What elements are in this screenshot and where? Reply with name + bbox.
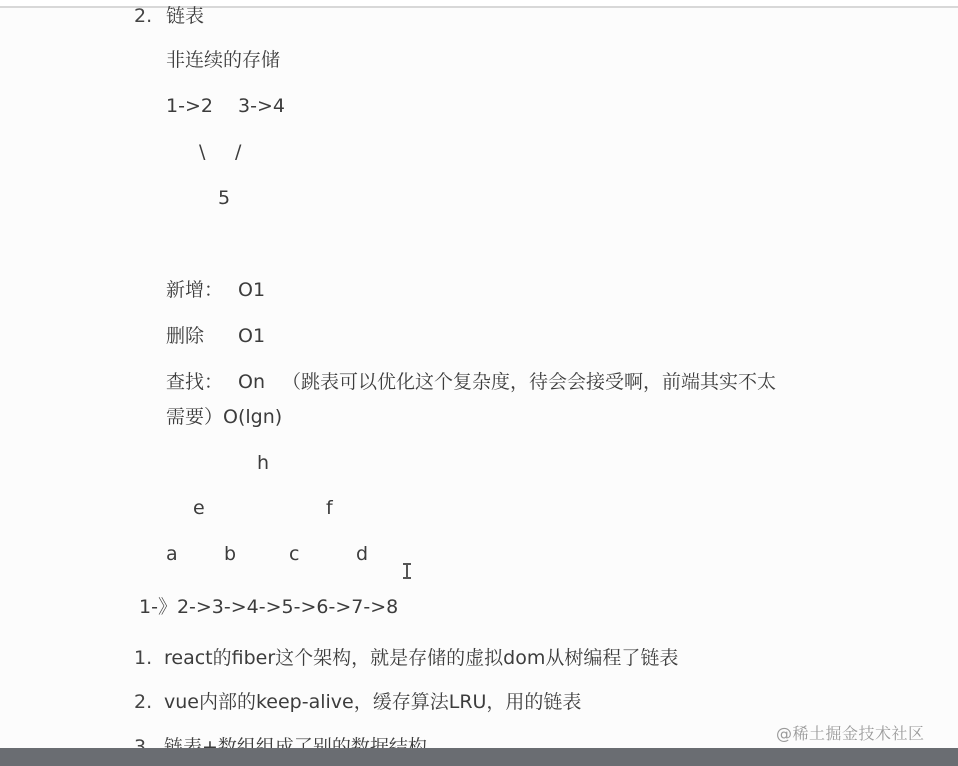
watermark: @稀土掘金技术社区 <box>776 724 925 744</box>
tree-node-d: d <box>356 542 368 566</box>
description-text: 非连续的存储 <box>166 48 280 72</box>
diagram-row1-right: 3->4 <box>238 94 285 118</box>
bottom-bar <box>0 748 958 766</box>
tree-node-f: f <box>326 496 333 520</box>
tree-node-h: h <box>257 451 269 475</box>
add-value: O1 <box>238 278 265 302</box>
list-item-number: 2. <box>134 690 152 714</box>
list-item: vue内部的keep-alive，缓存算法LRU，用的链表 <box>164 690 581 714</box>
find-value: On <box>238 370 265 394</box>
delete-value: O1 <box>238 324 265 348</box>
diagram-row1-left: 1->2 <box>166 94 213 118</box>
diagram-backslash: \ <box>199 140 205 164</box>
document-body: 2. 链表 非连续的存储 1->2 3->4 \ / 5 新增： O1 删除 O… <box>0 8 958 748</box>
tree-node-a: a <box>166 542 178 566</box>
section-title: 链表 <box>166 4 204 28</box>
chain-sequence: 1-》2->3->4->5->6->7->8 <box>139 595 398 619</box>
add-label: 新增： <box>166 278 223 302</box>
find-note-line1: （跳表可以优化这个复杂度，待会会接受啊，前端其实不太 <box>282 370 776 394</box>
diagram-node-5: 5 <box>218 186 230 210</box>
find-label: 查找： <box>166 370 223 394</box>
tree-node-c: c <box>289 542 299 566</box>
list-item-number: 1. <box>134 646 152 670</box>
text-cursor-icon <box>403 563 411 579</box>
delete-label: 删除 <box>166 324 204 348</box>
diagram-slash: / <box>235 140 241 164</box>
tree-node-e: e <box>193 496 205 520</box>
list-item: react的fiber这个架构，就是存储的虚拟dom从树编程了链表 <box>164 646 678 670</box>
section-number: 2. <box>134 4 152 28</box>
tree-node-b: b <box>224 542 236 566</box>
find-note-line2: 需要）O(lgn) <box>166 405 282 429</box>
